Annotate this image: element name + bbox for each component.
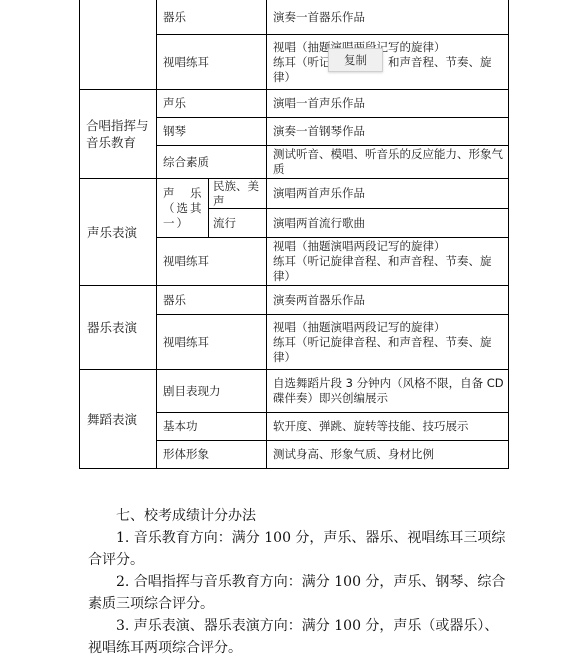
scoring-item: 3. 声乐表演、器乐表演方向：满分 100 分，声乐（或器乐）、视唱练耳两项综合…: [88, 615, 508, 657]
table-cell-category: 器乐表演: [80, 286, 156, 369]
table-border-right: [508, 0, 509, 469]
table-cell-content: 软开度、弹跳、旋转等技能、技巧展示: [267, 413, 508, 440]
table-cell-content: 演唱两首声乐作品: [267, 179, 508, 208]
table-cell-content: 演唱一首声乐作品: [267, 90, 508, 117]
scoring-item: 1. 音乐教育方向：满分 100 分，声乐、器乐、视唱练耳三项综合评分。: [88, 527, 508, 571]
table-cell-item: 综合素质: [157, 146, 266, 178]
table-cell-item: 视唱练耳: [157, 35, 266, 89]
table-cell-item: 基本功: [157, 413, 266, 440]
table-cell-item: 形体形象: [157, 441, 266, 468]
table-cell-category: 舞蹈表演: [80, 370, 156, 468]
table-cell-item: 声乐: [157, 90, 266, 117]
table-cell-content: 自选舞蹈片段 3 分钟内（风格不限，自备 CD 碟伴奏）即兴创编展示: [267, 370, 508, 412]
table-cell-item: 视唱练耳: [157, 238, 266, 285]
table-cell-category: 合唱指挥与音乐教育: [80, 90, 156, 178]
section-body: 七、校考成绩计分办法 1. 音乐教育方向：满分 100 分，声乐、器乐、视唱练耳…: [88, 505, 508, 657]
table-cell-content: 演唱两首流行歌曲: [267, 209, 508, 237]
table-cell-content: 视唱（抽题演唱两段记写的旋律） 练耳（听记旋律音程、和声音程、节奏、旋律）: [267, 238, 508, 285]
table-cell-category: 声乐表演: [80, 179, 156, 285]
table-cell-content: 演奏两首器乐作品: [267, 286, 508, 314]
table-cell-item: 声 乐（选其一）: [157, 179, 208, 237]
table-cell-content: 测试听音、模唱、听音乐的反应能力、形象气质: [267, 146, 508, 178]
table-cell-item: 视唱练耳: [157, 315, 266, 369]
copy-button[interactable]: 复制: [328, 48, 383, 72]
scoring-item: 2. 合唱指挥与音乐教育方向：满分 100 分，声乐、钢琴、综合素质三项综合评分…: [88, 571, 508, 615]
table-cell-content: 演奏一首钢琴作品: [267, 118, 508, 145]
table-cell-item: 器乐: [157, 286, 266, 314]
table-cell-item: 钢琴: [157, 118, 266, 145]
table-cell-content: 测试身高、形象气质、身材比例: [267, 441, 508, 468]
table-cell-subitem: 民族、美声: [209, 179, 266, 208]
table-cell-content: 视唱（抽题演唱两段记写的旋律） 练耳（听记旋律音程、和声音程、节奏、旋律）: [267, 315, 508, 369]
section-heading: 七、校考成绩计分办法: [88, 505, 508, 527]
table-border-bottom: [79, 468, 509, 469]
table-cell-item: 器乐: [157, 0, 266, 34]
table-cell-subitem: 流行: [209, 209, 266, 237]
table-cell-content: 视唱（抽题演唱两段记写的旋律） 练耳（听记旋律音程、和声音程、节奏、旋律）: [267, 35, 508, 89]
table-cell-item: 剧目表现力: [157, 370, 266, 412]
table-cell-content: 演奏一首器乐作品: [267, 0, 508, 34]
